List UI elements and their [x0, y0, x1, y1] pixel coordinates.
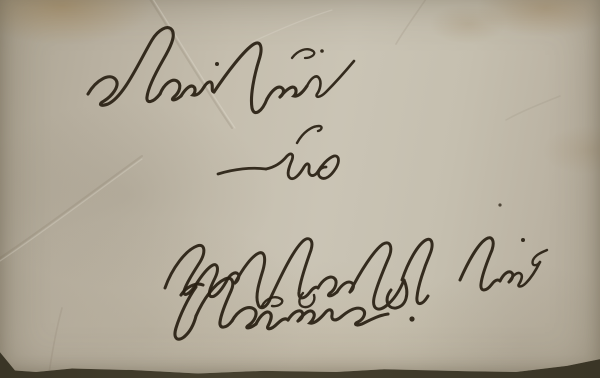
paper-label [0, 0, 600, 378]
handwriting-ink [0, 0, 600, 378]
handwriting-line-variscit [88, 28, 354, 113]
handwriting-line-aus [218, 126, 338, 179]
photo-of-label: Variscit aus Meßbach bei Plauen. [0, 0, 600, 378]
handwriting-line-messbach-bei [165, 203, 547, 309]
